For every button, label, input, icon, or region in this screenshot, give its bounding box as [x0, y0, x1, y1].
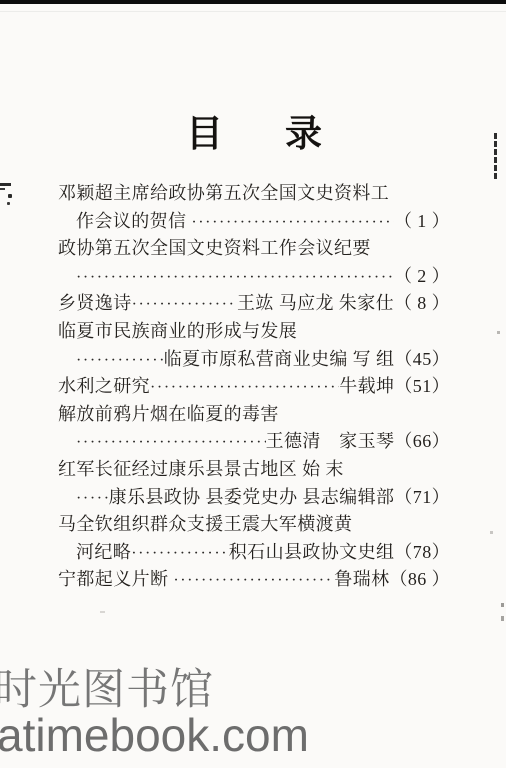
toc-entry-authors: 牛载坤: [339, 373, 394, 401]
toc-entry: 河纪略 ····································…: [58, 539, 450, 567]
toc-leader-dots: ········································…: [76, 347, 164, 375]
toc-leader-dots: ········································…: [173, 567, 334, 595]
toc-entry-title: 宁都起义片断: [58, 566, 173, 594]
scan-speck: [501, 603, 504, 607]
toc-leader-dots: ········································…: [191, 209, 394, 237]
toc-entry-authors: 王德清 家玉琴: [266, 428, 395, 456]
toc-page-number: （ 2 ）: [394, 263, 450, 291]
scan-margin-mark: [0, 183, 11, 186]
toc-entry-authors: 临夏市原私营商业史编 写 组: [164, 346, 395, 374]
toc-entry: 解放前鸦片烟在临夏的毒害: [58, 401, 450, 429]
page-title-char: 目: [186, 103, 223, 157]
toc-entry-title: 邓颖超主席给政协第五次全国文史资料工: [58, 180, 389, 208]
toc-page-number: （86 ）: [390, 566, 451, 594]
toc-page-number: （78）: [394, 539, 450, 567]
toc-entry: ········································…: [58, 428, 450, 456]
toc-entry-authors: 康乐县政协 县委党史办 县志编辑部: [109, 484, 395, 512]
toc-entry-title: 政协第五次全国文史资料工作会议纪要: [58, 235, 371, 263]
watermark-site-url: atimebook.com: [0, 708, 309, 762]
toc-entry-title: 水利之研究: [58, 373, 150, 401]
toc-entry: 乡贤逸诗 ···································…: [58, 290, 450, 318]
toc-page-number: （51）: [394, 373, 450, 401]
toc-entry-title: 红军长征经过康乐县景古地区 始 末: [58, 456, 344, 484]
toc-leader-dots: ········································…: [150, 374, 339, 402]
toc-entry: 临夏市民族商业的形成与发展: [58, 318, 450, 346]
toc-page-number: （66）: [394, 428, 450, 456]
scan-margin-mark: [0, 188, 5, 190]
toc-entry-title: 乡贤逸诗: [58, 290, 132, 318]
page-title-char: 录: [285, 103, 322, 157]
toc-leader-dots: ········································…: [132, 291, 237, 319]
toc-page-number: （71）: [394, 484, 450, 512]
toc-entry: 作会议的贺信 ·································…: [58, 208, 450, 236]
toc-entry-title: 马全钦组织群众支援王震大军横渡黄: [58, 511, 352, 539]
scan-speck: [490, 531, 493, 534]
toc-entry: ········································…: [58, 346, 450, 374]
toc-entry-authors: 王竑 马应龙 朱家仕: [237, 290, 394, 318]
scan-speck: [497, 331, 500, 334]
toc-entry-title: 河纪略: [76, 539, 131, 567]
toc-entry-title: 临夏市民族商业的形成与发展: [58, 318, 297, 346]
toc-page-number: （45）: [394, 346, 450, 374]
toc-page-number: （ 8 ）: [394, 290, 450, 318]
scan-top-edge-bar: [0, 0, 506, 4]
toc-entry: 水利之研究 ··································…: [58, 373, 450, 401]
scan-speck: [100, 611, 105, 613]
scan-margin-mark: [7, 202, 10, 205]
toc-entry: 邓颖超主席给政协第五次全国文史资料工: [58, 180, 450, 208]
toc-entry-title: 作会议的贺信: [76, 208, 191, 236]
toc-leader-dots: ········································…: [76, 485, 109, 513]
page-title: 目 录: [58, 108, 450, 152]
toc-entry: 宁都起义片断 ·································…: [58, 566, 450, 594]
toc-entry: 红军长征经过康乐县景古地区 始 末: [58, 456, 450, 484]
scan-faint-line: [0, 11, 506, 12]
scan-margin-mark: [8, 194, 12, 198]
toc-page-number: （ 1 ）: [394, 208, 450, 236]
toc-leader-dots: ········································…: [131, 540, 229, 568]
toc-entry-title: 解放前鸦片烟在临夏的毒害: [58, 401, 279, 429]
table-of-contents: 邓颖超主席给政协第五次全国文史资料工 作会议的贺信 ··············…: [58, 180, 450, 594]
toc-entry-authors: 积石山县政协文史组: [229, 539, 395, 567]
toc-entry: 政协第五次全国文史资料工作会议纪要: [58, 235, 450, 263]
toc-entry: ········································…: [58, 484, 450, 512]
toc-entry: ········································…: [58, 263, 450, 291]
toc-entry-authors: 鲁瑞林: [334, 566, 389, 594]
toc-leader-dots: ········································…: [76, 264, 394, 292]
scan-speck: [501, 616, 504, 621]
scanned-book-page: 目 录 邓颖超主席给政协第五次全国文史资料工 作会议的贺信 ··········…: [0, 0, 506, 768]
toc-leader-dots: ········································…: [76, 429, 266, 457]
scan-edge-dashes: [494, 133, 497, 179]
toc-entry: 马全钦组织群众支援王震大军横渡黄: [58, 511, 450, 539]
